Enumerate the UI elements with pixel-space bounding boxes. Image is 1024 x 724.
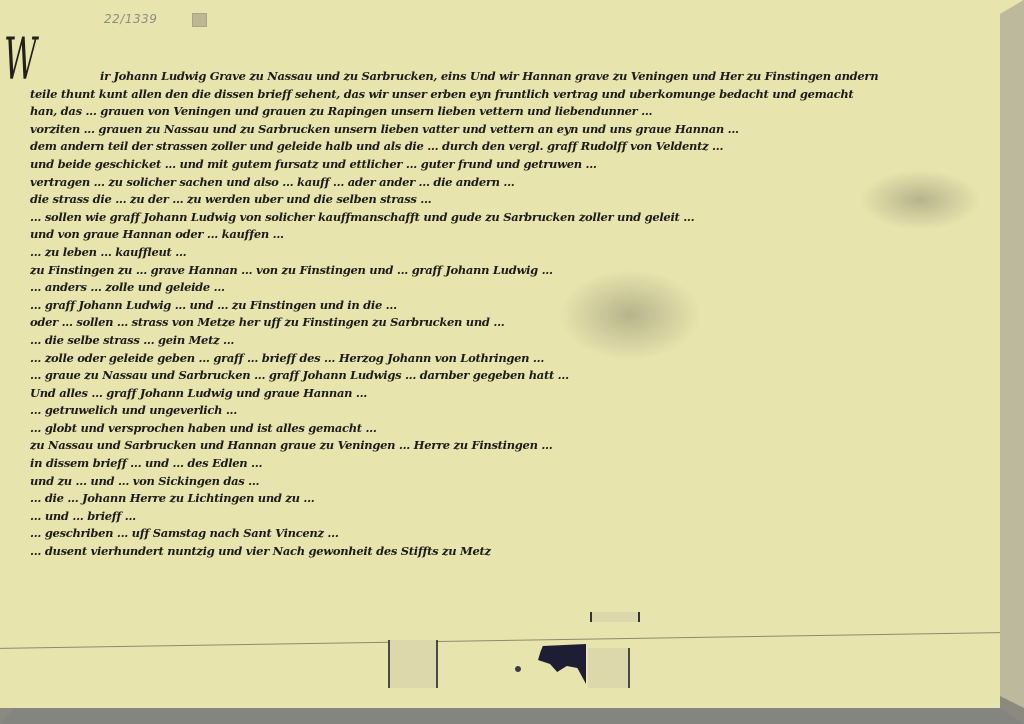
- archive-number: 22/1339: [104, 12, 157, 26]
- text-line: ... graue zu Nassau und Sarbrucken ... g…: [30, 367, 990, 385]
- text-line: ... geschriben ... uff Samstag nach Sant…: [30, 525, 990, 543]
- fold-line: [0, 632, 1000, 649]
- text-line: ... die selbe strass ... gein Metz ...: [30, 332, 990, 350]
- text-line: vertragen ... zu solicher sachen und als…: [30, 174, 990, 192]
- text-line: teile thunt kunt allen den die dissen br…: [30, 86, 990, 104]
- seal-strap: [388, 640, 438, 688]
- manuscript-page: 22/1339 W ir Johann Ludwig Grave zu Nass…: [0, 0, 1000, 708]
- text-line: in dissem brieff ... und ... des Edlen .…: [30, 455, 990, 473]
- stain: [560, 270, 700, 360]
- ink-dot: [515, 666, 521, 672]
- text-line: ... die ... Johann Herre zu Lichtingen u…: [30, 490, 990, 508]
- text-line: ... graff Johann Ludwig ... und ... zu F…: [30, 297, 990, 315]
- text-line: ... globt und versprochen haben und ist …: [30, 420, 990, 438]
- seal-strap: [588, 648, 630, 688]
- text-line: dem andern teil der strassen zoller und …: [30, 138, 990, 156]
- text-line: und von graue Hannan oder ... kauffen ..…: [30, 226, 990, 244]
- text-line: ... getruwelich und ungeverlich ...: [30, 402, 990, 420]
- text-line: zu Nassau und Sarbrucken und Hannan grau…: [30, 437, 990, 455]
- text-line: zu Finstingen zu ... grave Hannan ... vo…: [30, 262, 990, 280]
- text-line: ... zolle oder geleide geben ... graff .…: [30, 350, 990, 368]
- ink-blot: [538, 644, 586, 684]
- text-line: vorziten ... grauen zu Nassau und zu Sar…: [30, 121, 990, 139]
- document-viewer: 22/1339 W ir Johann Ludwig Grave zu Nass…: [0, 0, 1024, 724]
- text-line: und beide geschicket ... und mit gutem f…: [30, 156, 990, 174]
- text-line: ... anders ... zolle und geleide ...: [30, 279, 990, 297]
- text-line: ... dusent vierhundert nuntzig und vier …: [30, 543, 990, 561]
- frame-edge-bottom: [0, 708, 1024, 724]
- text-line: und zu ... und ... von Sickingen das ...: [30, 473, 990, 491]
- stain: [860, 170, 980, 230]
- text-line: han, das ... grauen von Veningen und gra…: [30, 103, 990, 121]
- frame-edge-right: [1000, 0, 1024, 708]
- text-line: ... sollen wie graff Johann Ludwig von s…: [30, 209, 990, 227]
- charter-text: ir Johann Ludwig Grave zu Nassau und zu …: [30, 68, 990, 561]
- text-line: ... und ... brieff ...: [30, 508, 990, 526]
- text-line: Und alles ... graff Johann Ludwig und gr…: [30, 385, 990, 403]
- archive-stamp-icon: [192, 13, 207, 27]
- text-line: ir Johann Ludwig Grave zu Nassau und zu …: [30, 68, 990, 86]
- text-line: oder ... sollen ... strass von Metze her…: [30, 314, 990, 332]
- seal-strap: [590, 612, 640, 622]
- text-line: ... zu leben ... kauffleut ...: [30, 244, 990, 262]
- text-line: die strass die ... zu der ... zu werden …: [30, 191, 990, 209]
